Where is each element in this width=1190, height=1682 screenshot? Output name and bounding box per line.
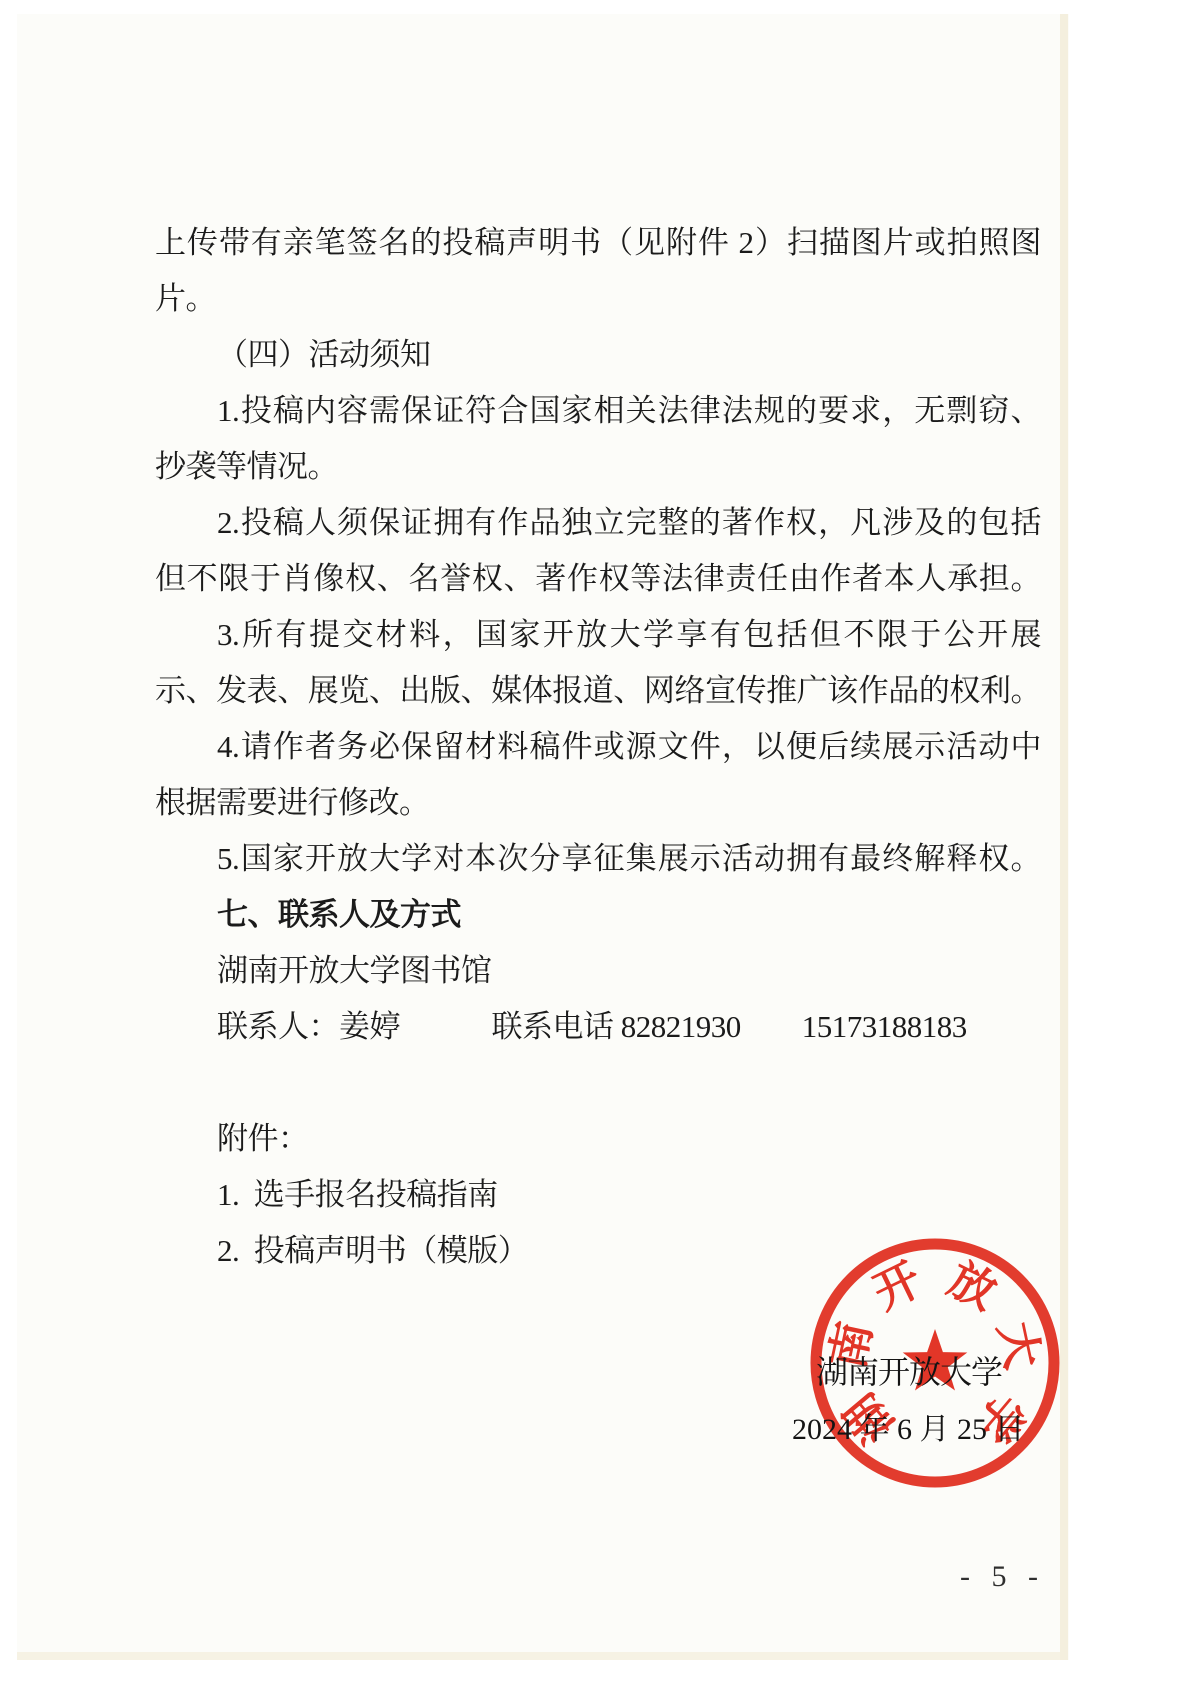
document-line: 附件： xyxy=(155,1111,1041,1167)
document-line: 片。 xyxy=(155,271,1041,327)
paper-bottom-edge xyxy=(17,1652,1060,1660)
signature-org-name: 湖南开放大学 xyxy=(816,1347,1002,1393)
document-line: 3.所有提交材料，国家开放大学享有包括但不限于公开展 xyxy=(155,607,1041,663)
document-line: 1.投稿内容需保证符合国家相关法律法规的要求，无剽窃、 xyxy=(155,383,1041,439)
document-line: 示、发表、展览、出版、媒体报道、网络宣传推广该作品的权利。 xyxy=(155,663,1041,719)
document-line xyxy=(155,1055,1041,1111)
document-line: 湖南开放大学图书馆 xyxy=(155,943,1041,999)
page-number: - 5 - xyxy=(960,1560,1045,1594)
document-line: 上传带有亲笔签名的投稿声明书（见附件 2）扫描图片或拍照图 xyxy=(155,215,1041,271)
document-line: 抄袭等情况。 xyxy=(155,439,1041,495)
document-body: 上传带有亲笔签名的投稿声明书（见附件 2）扫描图片或拍照图片。（四）活动须知1.… xyxy=(155,215,1041,1279)
document-line: 2.投稿人须保证拥有作品独立完整的著作权，凡涉及的包括 xyxy=(155,495,1041,551)
document-line: 4.请作者务必保留材料稿件或源文件，以便后续展示活动中 xyxy=(155,719,1041,775)
document-line: 5.国家开放大学对本次分享征集展示活动拥有最终解释权。 xyxy=(155,831,1041,887)
signature-date: 2024 年 6 月 25 日 xyxy=(792,1404,1025,1448)
document-line: 联系人：姜婷 联系电话 82821930 15173188183 xyxy=(155,999,1041,1055)
document-line: 1. 选手报名投稿指南 xyxy=(155,1167,1041,1223)
document-line: 根据需要进行修改。 xyxy=(155,775,1041,831)
document-line: 七、联系人及方式 xyxy=(155,887,1041,943)
document-line: 但不限于肖像权、名誉权、著作权等法律责任由作者本人承担。 xyxy=(155,551,1041,607)
document-line: （四）活动须知 xyxy=(155,327,1041,383)
